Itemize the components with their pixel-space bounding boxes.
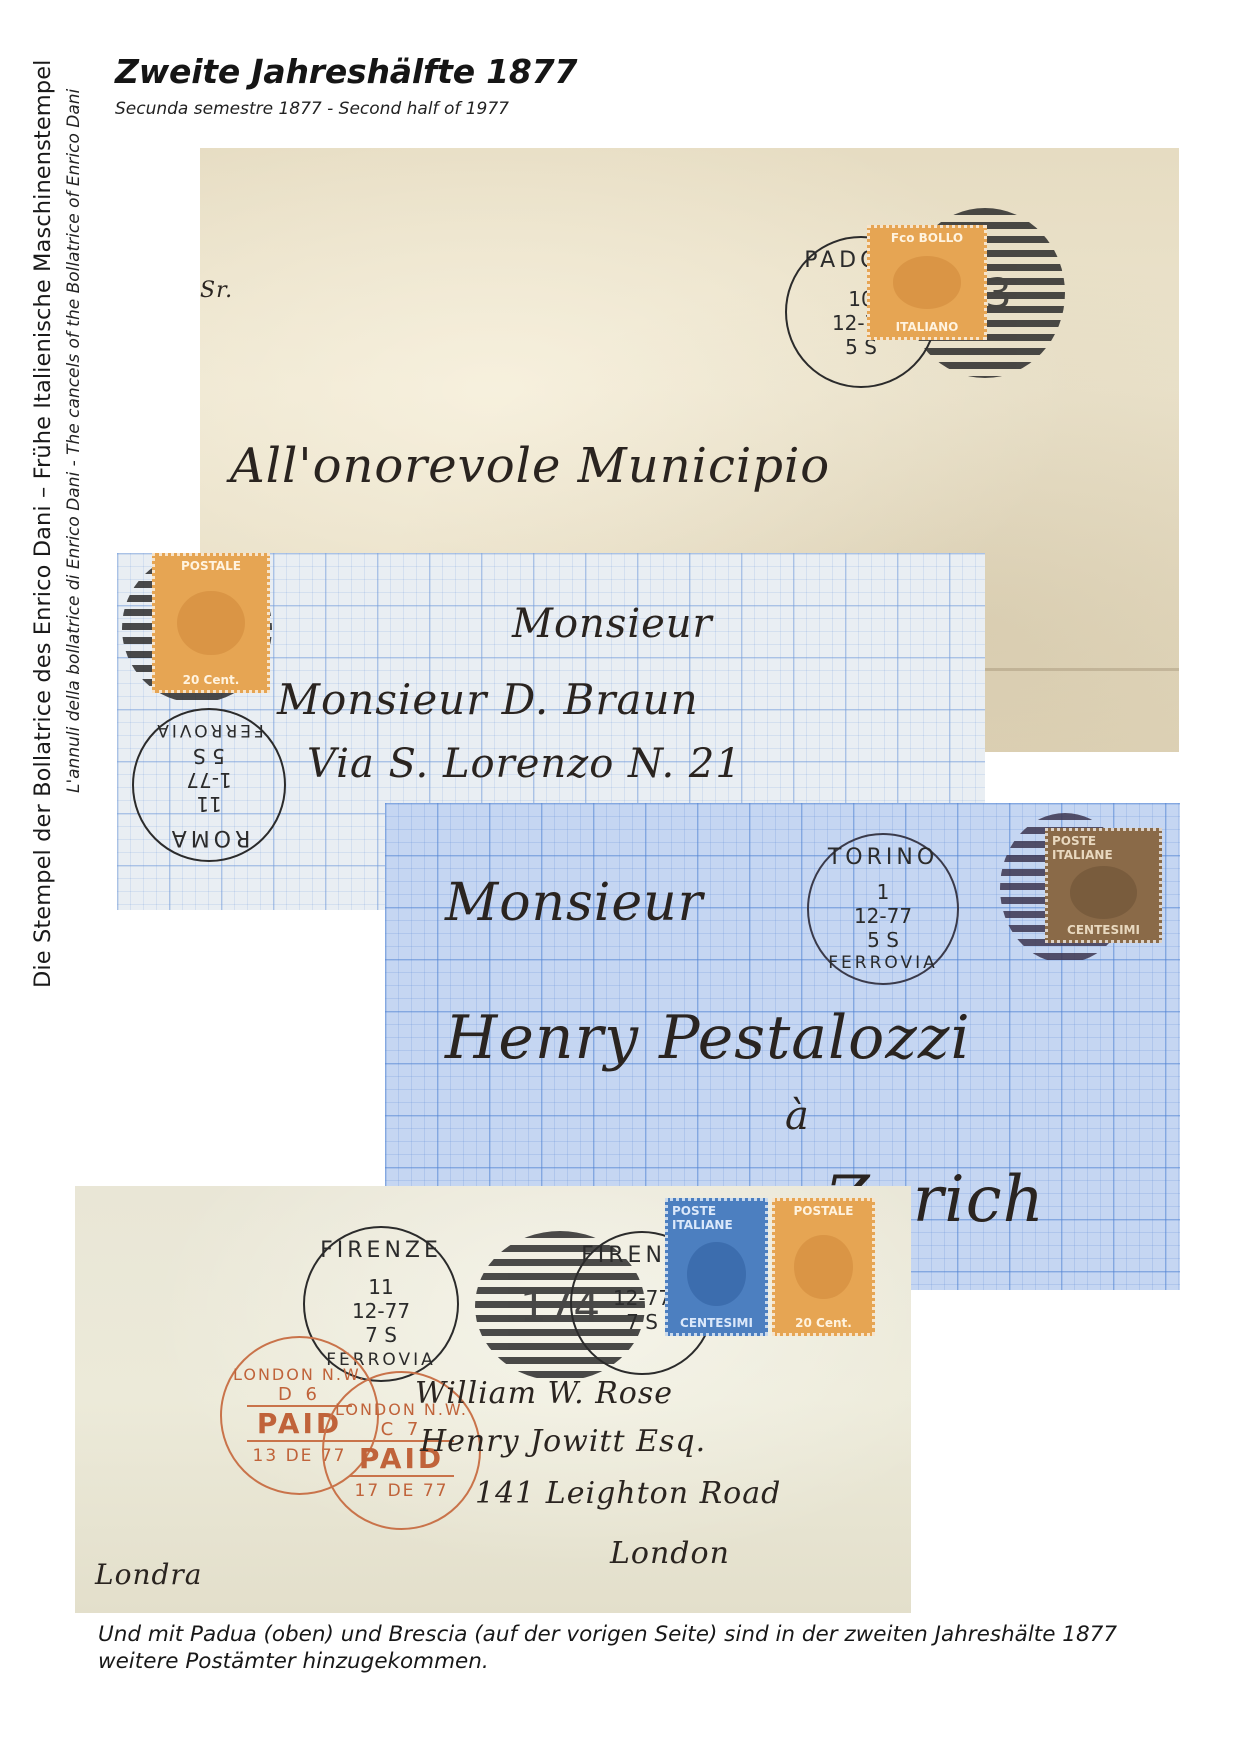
postmark-line: 12-77 xyxy=(613,1286,671,1310)
postmark-line: 11 xyxy=(196,792,221,816)
stamp-bottom-text: CENTESIMI xyxy=(1063,920,1144,940)
stamp-top-text: POSTE ITALIANE xyxy=(1048,831,1159,865)
page-subtitle: Secunda semestre 1877 - Second half of 1… xyxy=(115,99,509,119)
postmark-line: 5 S xyxy=(193,744,225,768)
stamp-bottom-text: 20 Cent. xyxy=(791,1313,856,1333)
page-title: Zweite Jahreshälfte 1877 xyxy=(115,52,577,91)
vertical-series-subtitle: L'annuli della bollatrice di Enrico Dani… xyxy=(64,89,84,793)
handwriting-line: Monsieur xyxy=(512,601,713,647)
paid-code: D 6 xyxy=(278,1384,321,1405)
handwriting-line: Monsieur D. Braun xyxy=(277,675,699,724)
paid-date: 17 DE 77 xyxy=(355,1481,449,1501)
paid-code: C 7 xyxy=(381,1419,423,1440)
handwriting-line: London xyxy=(610,1536,730,1571)
postmark-town: FIRENZE xyxy=(320,1238,442,1263)
handwriting-line: Via S. Lorenzo N. 21 xyxy=(307,741,742,787)
stamp-top-text: Fco BOLLO xyxy=(887,228,967,248)
stamp-blue: POSTE ITALIANE CENTESIMI xyxy=(665,1198,768,1336)
stamp-portrait xyxy=(1070,866,1137,918)
stamp-top-text: POSTE ITALIANE xyxy=(668,1201,765,1235)
handwriting-line: Londra xyxy=(95,1558,203,1591)
postmark-line: 1-77 xyxy=(186,768,231,792)
stamp-top-text: POSTALE xyxy=(177,556,245,576)
stamp-bottom-text: 20 Cent. xyxy=(179,670,244,690)
stamp-20c-orange: POSTALE 20 Cent. xyxy=(772,1198,875,1336)
handwriting-line: Henry Pestalozzi xyxy=(445,1003,971,1073)
postmark-line: 1 xyxy=(877,880,890,904)
stamp-bottom-text: ITALIANO xyxy=(892,317,963,337)
postmark-line: 12-77 xyxy=(352,1299,410,1323)
stamp-20c-orange: Fco BOLLO ITALIANO xyxy=(867,225,987,340)
postmark-line: 7 S xyxy=(365,1323,397,1347)
postmark-line: 11 xyxy=(368,1275,393,1299)
stamp-portrait xyxy=(794,1235,852,1298)
stamp-portrait xyxy=(177,591,244,655)
postmark-roma: ROMA 11 1-77 5 S FERROVIA xyxy=(132,708,286,862)
side-titles: Die Stempel der Bollatrice des Enrico Da… xyxy=(0,0,100,1000)
page-caption: Und mit Padua (oben) und Brescia (auf de… xyxy=(98,1621,1158,1675)
stamp-brown: POSTE ITALIANE CENTESIMI xyxy=(1045,828,1162,943)
stamp-portrait xyxy=(687,1242,745,1305)
handwriting-line: Sr. xyxy=(200,278,233,303)
postmark-line: 5 S xyxy=(867,928,899,952)
handwriting-line: Henry Jowitt Esq. xyxy=(420,1424,706,1459)
postmark-line: 12-77 xyxy=(854,904,912,928)
stamp-top-text: POSTALE xyxy=(789,1201,857,1221)
cover-firenze: FIRENZE 11 12-77 7 S FERROVIA 174 FIRENZ… xyxy=(75,1186,911,1613)
stamp-portrait xyxy=(893,256,961,308)
handwriting-line: Monsieur xyxy=(445,873,703,933)
handwriting-line: All'onorevole Municipio xyxy=(230,438,830,494)
stamp-bottom-text: CENTESIMI xyxy=(676,1313,757,1333)
stamp-20c-orange: POSTALE 20 Cent. xyxy=(152,553,270,693)
handwriting-line: William W. Rose xyxy=(415,1376,673,1411)
postmark-bottom: FERROVIA xyxy=(828,953,938,973)
postmark-town: TORINO xyxy=(828,845,938,870)
vertical-series-title: Die Stempel der Bollatrice des Enrico Da… xyxy=(30,60,56,989)
handwriting-line: 141 Leighton Road xyxy=(475,1476,781,1511)
postmark-bottom: FERROVIA xyxy=(154,720,264,740)
postmark-line: 7 S xyxy=(626,1310,658,1334)
handwriting-line: à xyxy=(785,1093,810,1139)
paid-town: LONDON N.W. xyxy=(233,1365,366,1384)
postmark-town: ROMA xyxy=(168,825,251,850)
postmark-torino: TORINO 1 12-77 5 S FERROVIA xyxy=(807,833,959,985)
